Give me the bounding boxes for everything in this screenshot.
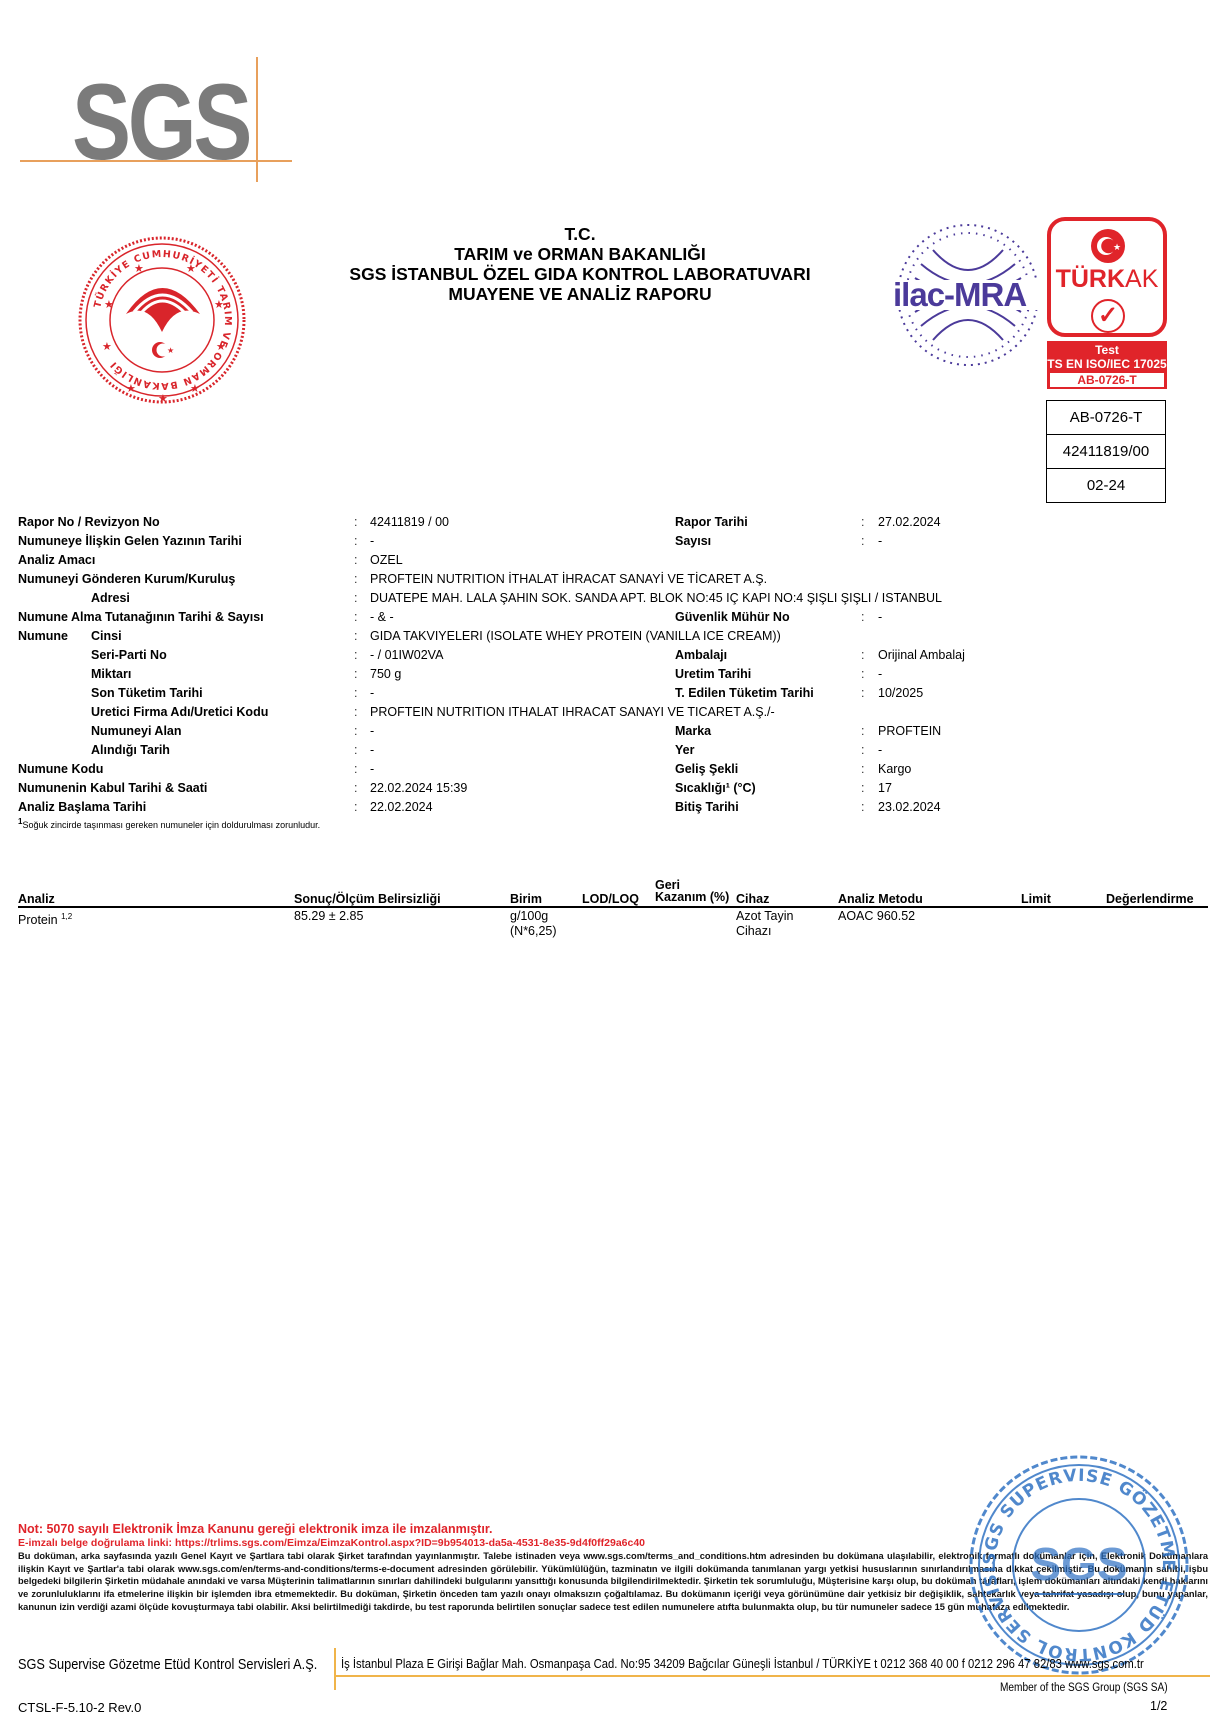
info-right-value: - xyxy=(878,608,882,627)
info-value: PROFTEIN NUTRITION İTHALAT İHRACAT SANAY… xyxy=(370,570,767,589)
info-right-value: Kargo xyxy=(878,760,911,779)
info-row: Seri-Parti No:- / 01IW02VAAmbalajı:Oriji… xyxy=(18,646,1208,665)
info-value: - xyxy=(370,741,374,760)
footnote-text: Soğuk zincirde taşınması gereken numunel… xyxy=(22,820,320,830)
turkak-logo: ★ TÜRKAK ✓ xyxy=(1047,217,1167,337)
turkak-word-bold: TÜRK xyxy=(1056,265,1125,293)
info-label: Numuneyi Alan xyxy=(91,722,182,741)
info-label: Uretici Firma Adı/Uretici Kodu xyxy=(91,703,268,722)
info-label: Numuneyi Gönderen Kurum/Kuruluş xyxy=(18,570,235,589)
info-label: Analiz Başlama Tarihi xyxy=(18,798,146,817)
info-right-value: - xyxy=(878,532,882,551)
info-right-label: Sıcaklığı¹ (°C) xyxy=(675,779,756,798)
colon: : xyxy=(354,513,357,532)
info-value: GIDA TAKVIYELERI (ISOLATE WHEY PROTEIN (… xyxy=(370,627,781,646)
form-code: CTSL-F-5.10-2 Rev.0 xyxy=(18,1700,141,1715)
logo-horizontal-rule xyxy=(20,160,292,162)
colon: : xyxy=(861,684,864,703)
info-label: Seri-Parti No xyxy=(91,646,167,665)
svg-text:★: ★ xyxy=(167,346,174,355)
page-number: 1/2 xyxy=(1150,1699,1167,1713)
footer-address: İş İstanbul Plaza E Girişi Bağlar Mah. O… xyxy=(341,1657,1144,1671)
info-right-label: Uretim Tarihi xyxy=(675,665,751,684)
col-geri-line2: Kazanım (%) xyxy=(655,890,729,904)
colon: : xyxy=(354,627,357,646)
info-right-label: Sayısı xyxy=(675,532,711,551)
col-metod: Analiz Metodu xyxy=(838,892,923,906)
colon: : xyxy=(861,798,864,817)
footer-divider-horizontal xyxy=(335,1675,1210,1677)
info-row: Uretici Firma Adı/Uretici Kodu:PROFTEIN … xyxy=(18,703,1208,722)
colon: : xyxy=(861,532,864,551)
accreditation-code: AB-0726-T xyxy=(1047,401,1165,435)
col-lodloq: LOD/LOQ xyxy=(582,892,639,906)
legal-notice: Not: 5070 sayılı Elektronik İmza Kanunu … xyxy=(18,1522,1208,1614)
info-right-value: 27.02.2024 xyxy=(878,513,941,532)
svg-text:★: ★ xyxy=(1113,242,1121,252)
info-row: Numuneyi Gönderen Kurum/Kuruluş:PROFTEIN… xyxy=(18,570,1208,589)
info-right-label: Marka xyxy=(675,722,711,741)
info-row: NumuneCinsi:GIDA TAKVIYELERI (ISOLATE WH… xyxy=(18,627,1208,646)
svg-text:ilac-MRA: ilac-MRA xyxy=(893,276,1026,313)
colon: : xyxy=(861,608,864,627)
info-value: PROFTEIN NUTRITION ITHALAT IHRACAT SANAY… xyxy=(370,703,775,722)
analiz-footnote-ref: 1,2 xyxy=(61,912,72,921)
info-right-label: T. Edilen Tüketim Tarihi xyxy=(675,684,814,703)
info-right-value: Orijinal Ambalaj xyxy=(878,646,965,665)
info-row: Alındığı Tarih:-Yer:- xyxy=(18,741,1208,760)
e-signature-verification-link[interactable]: E-imzalı belge doğrulama linki: https://… xyxy=(18,1537,1208,1550)
svg-text:★: ★ xyxy=(104,299,114,311)
colon: : xyxy=(861,646,864,665)
info-value: - xyxy=(370,722,374,741)
colon: : xyxy=(354,760,357,779)
svg-text:★: ★ xyxy=(126,383,136,395)
info-value: OZEL xyxy=(370,551,403,570)
turkak-wordmark: TÜRKAK xyxy=(1051,265,1163,294)
info-label: Son Tüketim Tarihi xyxy=(91,684,203,703)
info-right-value: 10/2025 xyxy=(878,684,923,703)
info-value: DUATEPE MAH. LALA ŞAHIN SOK. SANDA APT. … xyxy=(370,589,942,608)
colon: : xyxy=(861,779,864,798)
col-limit: Limit xyxy=(1021,892,1051,906)
colon: : xyxy=(354,722,357,741)
svg-text:★: ★ xyxy=(158,393,168,405)
info-label: Numune xyxy=(18,627,68,646)
results-table-header: Analiz Sonuç/Ölçüm Belirsizliği Birim LO… xyxy=(18,878,1208,908)
report-code-box: AB-0726-T 42411819/00 02-24 xyxy=(1046,400,1166,503)
colon: : xyxy=(861,665,864,684)
info-row: Adresi:DUATEPE MAH. LALA ŞAHIN SOK. SAND… xyxy=(18,589,1208,608)
title-line-report: MUAYENE VE ANALİZ RAPORU xyxy=(300,284,860,304)
colon: : xyxy=(354,741,357,760)
svg-text:★: ★ xyxy=(102,341,112,353)
info-row: Numune Kodu:-Geliş Şekli:Kargo xyxy=(18,760,1208,779)
info-value: - & - xyxy=(370,608,394,627)
info-label: Numune Kodu xyxy=(18,760,103,779)
info-row: Miktarı:750 gUretim Tarihi:- xyxy=(18,665,1208,684)
turkak-standard: TS EN ISO/IEC 17025 xyxy=(1047,357,1167,371)
info-row: Son Tüketim Tarihi:-T. Edilen Tüketim Ta… xyxy=(18,684,1208,703)
turkish-flag-icon: ★ xyxy=(1091,229,1125,263)
col-cihaz: Cihaz xyxy=(736,892,769,906)
title-line-lab: SGS İSTANBUL ÖZEL GIDA KONTROL LABORATUV… xyxy=(300,264,860,284)
cell-metod: AOAC 960.52 xyxy=(838,909,915,924)
info-sublabel: Cinsi xyxy=(91,627,122,646)
col-sonuc: Sonuç/Ölçüm Belirsizliği xyxy=(294,892,441,906)
cihaz-line2: Cihazı xyxy=(736,924,793,939)
report-period: 02-24 xyxy=(1047,469,1165,502)
svg-text:★: ★ xyxy=(186,263,196,275)
info-label: Numunenin Kabul Tarihi & Saati xyxy=(18,779,207,798)
info-row: Numuneye İlişkin Gelen Yazının Tarihi:-S… xyxy=(18,532,1208,551)
turkak-code: AB-0726-T xyxy=(1050,373,1164,387)
info-label: Numune Alma Tutanağının Tarihi & Sayısı xyxy=(18,608,264,627)
svg-text:★: ★ xyxy=(190,383,200,395)
info-row: Numunenin Kabul Tarihi & Saati:22.02.202… xyxy=(18,779,1208,798)
info-right-label: Geliş Şekli xyxy=(675,760,738,779)
info-row: Rapor No / Revizyon No:42411819 / 00Rapo… xyxy=(18,513,1208,532)
turkak-test-label: Test xyxy=(1047,343,1167,357)
colon: : xyxy=(354,779,357,798)
ilac-mra-logo-icon: ilac-MRA xyxy=(893,220,1043,370)
cell-analiz: Protein 1,2 xyxy=(18,909,72,928)
info-right-label: Güvenlik Mühür No xyxy=(675,608,790,627)
title-line-ministry: TARIM ve ORMAN BAKANLIĞI xyxy=(300,244,860,264)
colon: : xyxy=(354,551,357,570)
info-value: - / 01IW02VA xyxy=(370,646,443,665)
title-line-tc: T.C. xyxy=(300,224,860,244)
colon: : xyxy=(354,589,357,608)
report-number: 42411819/00 xyxy=(1047,435,1165,469)
report-title: T.C. TARIM ve ORMAN BAKANLIĞI SGS İSTANB… xyxy=(300,224,860,304)
ministry-seal-icon: TÜRKİYE CUMHURİYETİ TARIM VE ORMAN BAKAN… xyxy=(76,232,248,408)
colon: : xyxy=(354,703,357,722)
temperature-footnote: 1Soğuk zincirde taşınması gereken numune… xyxy=(18,817,320,830)
info-right-value: 17 xyxy=(878,779,892,798)
colon: : xyxy=(354,646,357,665)
info-label: Numuneye İlişkin Gelen Yazının Tarihi xyxy=(18,532,242,551)
turkak-accreditation-badge: Test TS EN ISO/IEC 17025 AB-0726-T xyxy=(1047,341,1167,389)
info-right-label: Yer xyxy=(675,741,694,760)
footer-company-name: SGS Supervise Gözetme Etüd Kontrol Servi… xyxy=(18,1657,317,1673)
colon: : xyxy=(861,741,864,760)
sample-info-section: Rapor No / Revizyon No:42411819 / 00Rapo… xyxy=(18,513,1208,817)
info-right-label: Ambalajı xyxy=(675,646,727,665)
info-label: Alındığı Tarih xyxy=(91,741,170,760)
info-right-label: Bitiş Tarihi xyxy=(675,798,739,817)
info-right-value: - xyxy=(878,741,882,760)
info-row: Numune Alma Tutanağının Tarihi & Sayısı:… xyxy=(18,608,1208,627)
info-label: Miktarı xyxy=(91,665,131,684)
colon: : xyxy=(861,760,864,779)
cell-birim: g/100g(N*6,25) xyxy=(510,909,557,939)
colon: : xyxy=(861,513,864,532)
info-right-label: Rapor Tarihi xyxy=(675,513,748,532)
info-label: Rapor No / Revizyon No xyxy=(18,513,160,532)
svg-text:★: ★ xyxy=(216,341,226,353)
turkak-word-thin: AK xyxy=(1125,265,1158,293)
e-signature-note: Not: 5070 sayılı Elektronik İmza Kanunu … xyxy=(18,1522,1208,1537)
info-right-value: 23.02.2024 xyxy=(878,798,941,817)
colon: : xyxy=(861,722,864,741)
info-value: - xyxy=(370,760,374,779)
birim-line2: (N*6,25) xyxy=(510,924,557,939)
analiz-name: Protein xyxy=(18,913,58,927)
birim-line1: g/100g xyxy=(510,909,557,924)
table-row: Protein 1,2 85.29 ± 2.85 g/100g(N*6,25) … xyxy=(18,908,1208,948)
colon: : xyxy=(354,608,357,627)
colon: : xyxy=(354,684,357,703)
info-right-value: - xyxy=(878,665,882,684)
info-row: Numuneyi Alan:-Marka:PROFTEIN xyxy=(18,722,1208,741)
info-value: 22.02.2024 15:39 xyxy=(370,779,467,798)
results-table: Analiz Sonuç/Ölçüm Belirsizliği Birim LO… xyxy=(18,878,1208,948)
sgs-logo: SGS xyxy=(18,50,298,180)
col-analiz: Analiz xyxy=(18,892,55,906)
colon: : xyxy=(354,570,357,589)
info-value: 750 g xyxy=(370,665,401,684)
info-value: 42411819 / 00 xyxy=(370,513,449,532)
svg-text:★: ★ xyxy=(214,299,224,311)
check-icon: ✓ xyxy=(1091,299,1125,333)
cihaz-line1: Azot Tayin xyxy=(736,909,793,924)
cell-sonuc: 85.29 ± 2.85 xyxy=(294,909,363,924)
info-right-value: PROFTEIN xyxy=(878,722,941,741)
colon: : xyxy=(354,665,357,684)
cell-cihaz: Azot TayinCihazı xyxy=(736,909,793,939)
info-label: Analiz Amacı xyxy=(18,551,95,570)
colon: : xyxy=(354,798,357,817)
col-birim: Birim xyxy=(510,892,542,906)
footer-member-text: Member of the SGS Group (SGS SA) xyxy=(1000,1682,1168,1694)
info-value: - xyxy=(370,684,374,703)
colon: : xyxy=(354,532,357,551)
svg-text:★: ★ xyxy=(134,263,144,275)
info-label: Adresi xyxy=(91,589,130,608)
info-row: Analiz Başlama Tarihi:22.02.2024Bitiş Ta… xyxy=(18,798,1208,817)
info-value: 22.02.2024 xyxy=(370,798,433,817)
col-degerlendirme: Değerlendirme xyxy=(1106,892,1194,906)
info-value: - xyxy=(370,532,374,551)
info-row: Analiz Amacı:OZEL xyxy=(18,551,1208,570)
footer-divider-vertical xyxy=(334,1648,336,1690)
logo-vertical-rule xyxy=(256,57,258,182)
terms-paragraph: Bu doküman, arka sayfasında yazılı Genel… xyxy=(18,1550,1208,1614)
